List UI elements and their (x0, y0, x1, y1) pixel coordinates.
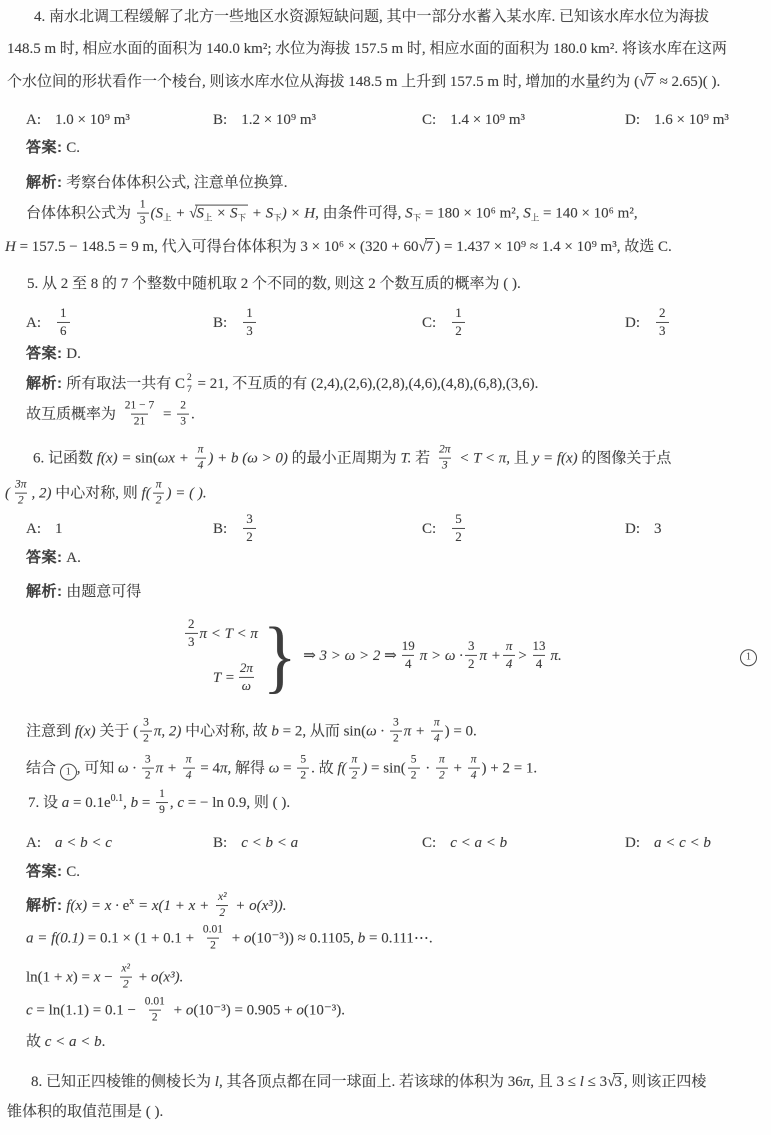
q6-stem-line-2: (3π2, 2) 中心对称, 则 f(π2) = ( ). (5, 480, 207, 509)
option-label: A: (26, 518, 41, 540)
q6-options: A:1B:32C:52D:3 (26, 513, 763, 545)
option-label: B: (213, 518, 227, 540)
fraction: x²2 (118, 963, 133, 992)
q5-options-a: A:16 (26, 307, 213, 339)
bold-label: 解析: (26, 375, 63, 392)
fraction: 13 (137, 199, 149, 228)
fraction: 12 (452, 306, 465, 338)
q7-options-c: C:c < a < b (422, 832, 625, 854)
q5-analysis-1: 解析: 所有取法一共有 C27 = 21, 不互质的有 (2,4),(2,6),… (26, 373, 538, 395)
bold-label: 答案: (26, 549, 63, 566)
fraction: 2πω (237, 661, 256, 693)
fraction: 52 (408, 754, 420, 783)
fraction: x²2 (215, 891, 230, 920)
q6-stem-line-1: 6. 记函数 f(x) = sin(ωx + π4) + b (ω > 0) 的… (33, 445, 671, 474)
fraction: π2 (349, 754, 361, 783)
option-value: 1.6 × 10⁹ m³ (654, 109, 729, 131)
q4-stem-line-2: 148.5 m 时, 相应水面的面积为 140.0 km²; 水位为海拔 157… (7, 38, 727, 60)
fraction: π2 (153, 479, 165, 508)
q5-stem: 5. 从 2 至 8 的 7 个整数中随机取 2 个不同的数, 则这 2 个数互… (27, 273, 521, 295)
fraction: 52 (452, 512, 465, 544)
fraction: 52 (297, 754, 309, 783)
option-label: B: (213, 832, 227, 854)
fraction: π2 (436, 754, 448, 783)
q6-options-a: A:1 (26, 513, 213, 545)
q7-options-d: D:a < c < b (625, 832, 763, 854)
fraction: 32 (465, 639, 478, 671)
option-label: D: (625, 312, 640, 334)
option-label: C: (422, 518, 436, 540)
fraction: π4 (431, 717, 443, 746)
q4-options-a: A:1.0 × 10⁹ m³ (26, 109, 213, 131)
q6-display-equation: 23π < T < πT = 2πω} ⇒ 3 > ω > 2 ⇒ 194π >… (183, 618, 562, 694)
q4-analysis-2: 台体体积公式为 13(S上 + √S上 × S下 + S下) × H, 由条件可… (26, 200, 638, 229)
q6-options-d: D:3 (625, 513, 763, 545)
q4-options-d: D:1.6 × 10⁹ m³ (625, 109, 763, 131)
fraction: 32 (140, 717, 152, 746)
bold-label: 答案: (26, 345, 63, 362)
fraction: 13 (243, 306, 256, 338)
option-label: C: (422, 312, 436, 334)
fraction: 134 (529, 639, 548, 671)
bold-label: 答案: (26, 139, 63, 156)
fraction: 0.012 (142, 996, 168, 1025)
option-label: A: (26, 832, 41, 854)
q8-stem-line-2: 锥体积的取值范围是 ( ). (7, 1101, 163, 1123)
option-value: c < a < b (450, 832, 507, 854)
fraction: 32 (142, 754, 154, 783)
q5-answer: 答案: D. (26, 343, 81, 365)
option-value: 32 (241, 513, 258, 545)
q7-analysis-1: 解析: f(x) = x · ex = x(1 + x + x²2 + o(x³… (26, 891, 287, 921)
q7-options-b: B:c < b < a (213, 832, 422, 854)
bold-label: 解析: (26, 583, 63, 600)
option-value: a < b < c (55, 832, 112, 854)
q5-options-c: C:12 (422, 307, 625, 339)
option-label: D: (625, 518, 640, 540)
bold-label: 解析: (26, 174, 63, 191)
q4-answer: 答案: C. (26, 137, 80, 159)
q4-options-c: C:1.4 × 10⁹ m³ (422, 109, 625, 131)
q7-analysis-4: c = ln(1.1) = 0.1 − 0.012 + o(10⁻³) = 0.… (26, 997, 345, 1026)
fraction: π4 (195, 444, 207, 473)
q6-answer: 答案: A. (26, 547, 81, 569)
option-value: 1.4 × 10⁹ m³ (450, 109, 525, 131)
fraction: 194 (399, 639, 418, 671)
circled-number: 1 (60, 764, 77, 781)
q7-analysis-3: ln(1 + x) = x − x²2 + o(x³). (26, 964, 183, 993)
q4-options: A:1.0 × 10⁹ m³B:1.2 × 10⁹ m³C:1.4 × 10⁹ … (26, 109, 763, 131)
q5-options-b: B:13 (213, 307, 422, 339)
fraction: 16 (57, 306, 70, 338)
q5-options: A:16B:13C:12D:23 (26, 307, 763, 339)
q6-analysis-1: 解析: 由题意可得 (26, 581, 141, 603)
option-label: D: (625, 832, 640, 854)
document-page: 4. 南水北调工程缓解了北方一些地区水资源短缺问题, 其中一部分水蓄入某水库. … (0, 0, 771, 1135)
q7-options-a: A:a < b < c (26, 832, 213, 854)
fraction: π4 (503, 639, 516, 671)
q6-analysis-2: 注意到 f(x) 关于 (32π, 2) 中心对称, 故 b = 2, 从而 s… (26, 718, 477, 747)
q4-stem-line-1: 4. 南水北调工程缓解了北方一些地区水资源短缺问题, 其中一部分水蓄入某水库. … (34, 6, 709, 28)
q7-analysis-5: 故 c < a < b. (26, 1031, 105, 1053)
q5-analysis-2: 故互质概率为 21 − 721 = 23. (26, 401, 195, 430)
fraction: 23 (177, 400, 189, 429)
option-label: B: (213, 312, 227, 334)
q4-options-b: B:1.2 × 10⁹ m³ (213, 109, 422, 131)
fraction: π4 (183, 754, 195, 783)
bold-label: 解析: (26, 897, 63, 914)
equation-tag: 1 (740, 642, 757, 666)
bold-label: 答案: (26, 863, 63, 880)
option-value: 16 (55, 307, 72, 339)
option-value: 1.0 × 10⁹ m³ (55, 109, 130, 131)
option-label: C: (422, 832, 436, 854)
option-value: 13 (241, 307, 258, 339)
option-label: D: (625, 109, 640, 131)
option-value: a < c < b (654, 832, 711, 854)
option-label: B: (213, 109, 227, 131)
fraction: 23 (656, 306, 669, 338)
option-value: 12 (450, 307, 467, 339)
square-root: √7 (419, 239, 436, 255)
fraction: π4 (468, 754, 480, 783)
q5-options-d: D:23 (625, 307, 763, 339)
q8-stem-line-1: 8. 已知正四棱锥的侧棱长为 l, 其各顶点都在同一球面上. 若该球的体积为 3… (31, 1071, 706, 1093)
fraction: 3π2 (12, 479, 30, 508)
option-label: A: (26, 312, 41, 334)
equation-system: 23π < T < πT = 2πω (183, 618, 258, 694)
q4-stem-line-3: 个水位间的形状看作一个棱台, 则该水库水位从海拔 148.5 m 上升到 157… (7, 71, 720, 93)
option-value: 3 (654, 518, 662, 540)
fraction: 0.012 (200, 924, 226, 953)
q7-stem: 7. 设 a = 0.1e0.1, b = 19, c = − ln 0.9, … (28, 788, 290, 818)
q7-options: A:a < b < cB:c < b < aC:c < a < bD:a < c… (26, 832, 763, 854)
q6-analysis-3: 结合 1, 可知 ω · 32π + π4 = 4π, 解得 ω = 52. 故… (26, 755, 537, 784)
fraction: 32 (243, 512, 256, 544)
square-root: √S上 × S下 (189, 205, 248, 221)
fraction: 19 (156, 788, 168, 817)
square-root: √3 (607, 1074, 624, 1090)
circled-number: 1 (740, 649, 757, 666)
option-value: 1 (55, 518, 63, 540)
q6-options-b: B:32 (213, 513, 422, 545)
option-value: 52 (450, 513, 467, 545)
q7-answer: 答案: C. (26, 861, 80, 883)
q6-options-c: C:52 (422, 513, 625, 545)
option-label: C: (422, 109, 436, 131)
option-label: A: (26, 109, 41, 131)
q4-analysis-3: H = 157.5 − 148.5 = 9 m, 代入可得台体体积为 3 × 1… (5, 236, 672, 258)
option-value: 1.2 × 10⁹ m³ (241, 109, 316, 131)
q7-analysis-2: a = f(0.1) = 0.1 × (1 + 0.1 + 0.012 + o(… (26, 925, 433, 954)
option-value: c < b < a (241, 832, 298, 854)
fraction: 23 (185, 617, 198, 649)
option-value: 23 (654, 307, 671, 339)
fraction: 2π3 (436, 444, 454, 473)
q4-analysis-1: 解析: 考察台体体积公式, 注意单位换算. (26, 172, 288, 194)
sup-sub-stack: 27 (187, 374, 192, 395)
square-root: √7 (639, 74, 656, 90)
fraction: 32 (390, 717, 402, 746)
fraction: 21 − 721 (122, 400, 158, 429)
